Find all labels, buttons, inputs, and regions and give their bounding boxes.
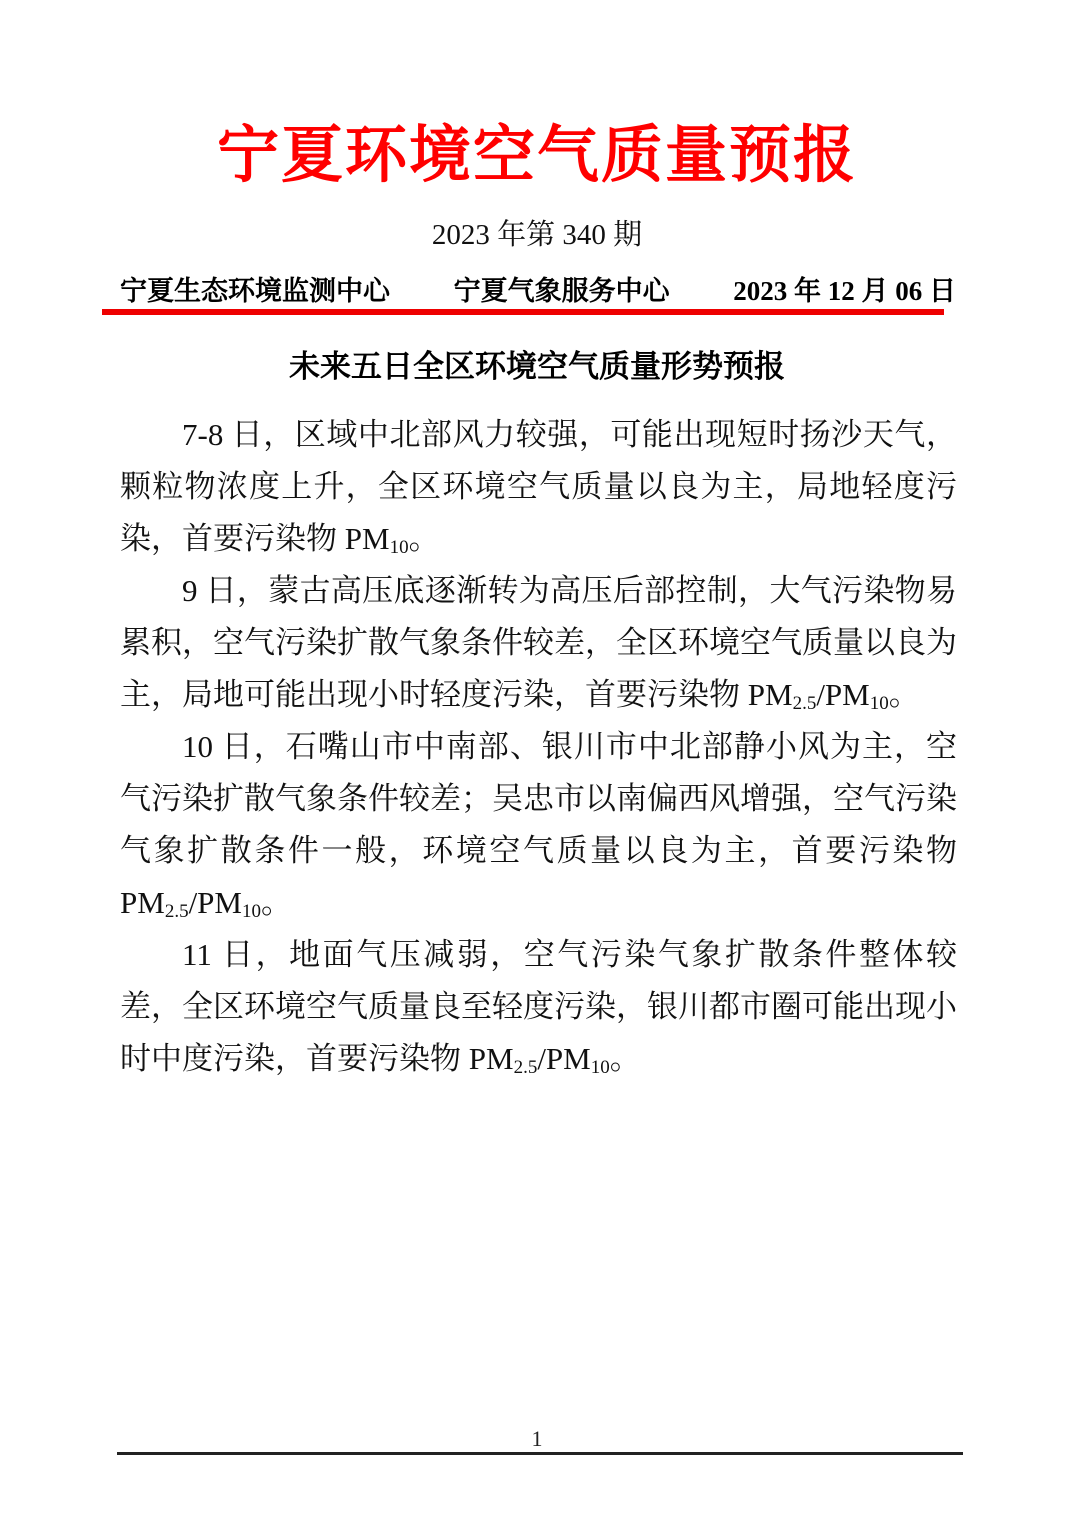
body-paragraph: 7-8 日，区域中北部风力较强，可能出现短时扬沙天气，颗粒物浓度上升，全区环境空… bbox=[120, 409, 957, 565]
pollutant-subscript: 2.5 bbox=[514, 1057, 538, 1078]
issue-number: 2023 年第 340 期 bbox=[0, 217, 1074, 253]
footer-divider bbox=[117, 1452, 963, 1455]
body-paragraph: 11 日，地面气压减弱，空气污染气象扩散条件整体较差，全区环境空气质量良至轻度污… bbox=[120, 929, 957, 1085]
body-paragraph: 9 日，蒙古高压底逐渐转为高压后部控制，大气污染物易累积，空气污染扩散气象条件较… bbox=[120, 565, 957, 721]
paragraph-text: /PM bbox=[537, 1041, 590, 1076]
section-heading: 未来五日全区环境空气质量形势预报 bbox=[0, 348, 1074, 386]
pollutant-subscript: 2.5 bbox=[793, 693, 817, 714]
body-paragraph: 10 日，石嘴山市中南部、银川市中北部静小风为主，空气污染扩散气象条件较差；吴忠… bbox=[120, 721, 957, 929]
pollutant-subscript: 2.5 bbox=[165, 901, 189, 922]
report-page: 宁夏环境空气质量预报 2023 年第 340 期 宁夏生态环境监测中心 宁夏气象… bbox=[0, 0, 1074, 1520]
page-number: 1 bbox=[0, 1426, 1074, 1452]
org-monitoring-center: 宁夏生态环境监测中心 bbox=[120, 275, 390, 308]
paragraph-text: 。 bbox=[610, 1041, 641, 1076]
paragraph-text: 。 bbox=[409, 521, 440, 556]
paragraph-text: /PM bbox=[816, 677, 869, 712]
paragraph-text: 。 bbox=[261, 885, 292, 920]
pollutant-subscript: 10 bbox=[870, 693, 889, 714]
pollutant-subscript: 10 bbox=[242, 901, 261, 922]
body-paragraphs: 7-8 日，区域中北部风力较强，可能出现短时扬沙天气，颗粒物浓度上升，全区环境空… bbox=[120, 409, 957, 1085]
paragraph-text: 10 日，石嘴山市中南部、银川市中北部静小风为主，空气污染扩散气象条件较差；吴忠… bbox=[120, 729, 957, 920]
org-weather-center: 宁夏气象服务中心 bbox=[454, 275, 670, 308]
pollutant-subscript: 10 bbox=[390, 537, 409, 558]
pollutant-subscript: 10 bbox=[591, 1057, 610, 1078]
paragraph-text: 7-8 日，区域中北部风力较强，可能出现短时扬沙天气，颗粒物浓度上升，全区环境空… bbox=[120, 417, 957, 556]
issue-date: 2023 年 12 月 06 日 bbox=[733, 275, 956, 308]
paragraph-text: 。 bbox=[889, 677, 920, 712]
red-divider bbox=[102, 309, 944, 315]
paragraph-text: /PM bbox=[189, 885, 242, 920]
header-row: 宁夏生态环境监测中心 宁夏气象服务中心 2023 年 12 月 06 日 bbox=[0, 275, 1074, 308]
report-title: 宁夏环境空气质量预报 bbox=[0, 0, 1074, 191]
